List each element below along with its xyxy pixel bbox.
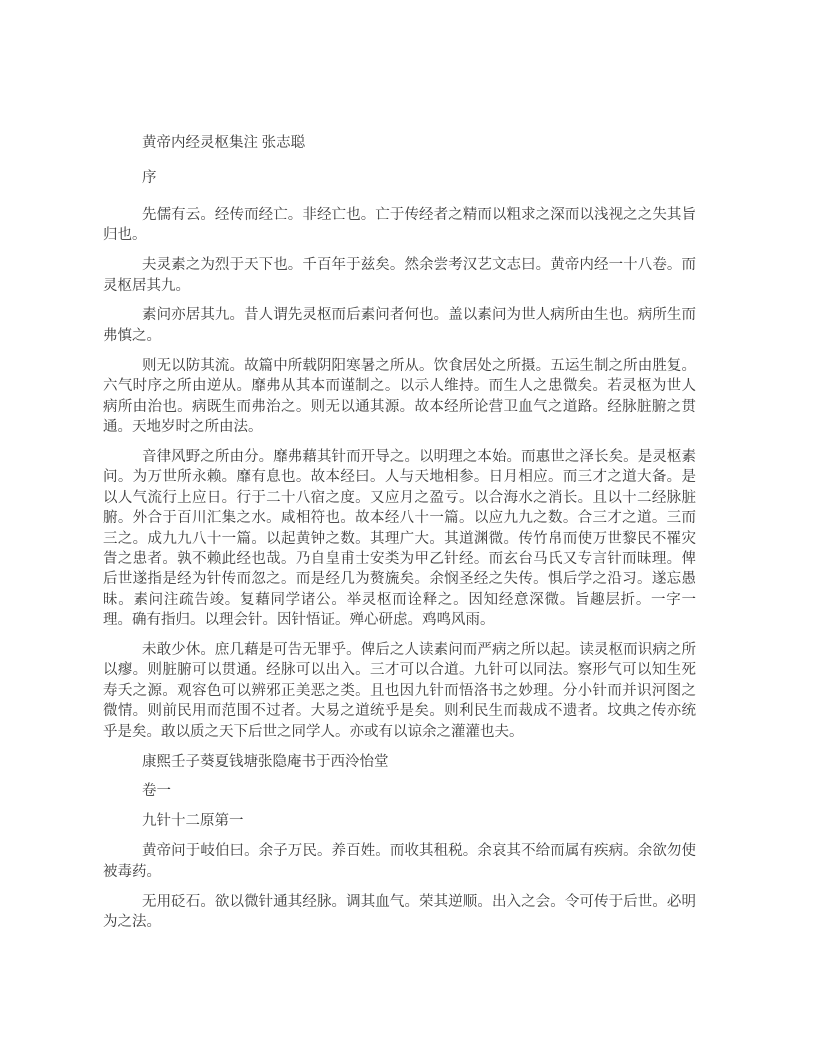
document-content: 黄帝内经灵枢集注 张志聪 序 先儒有云。经传而经亡。非经亡也。亡于传经者之精而以… (103, 133, 696, 942)
preface-paragraph: 则无以防其流。故篇中所载阴阳寒暑之所从。饮食居处之所摄。五运生制之所由胜复。六气… (103, 356, 696, 438)
chapter-paragraph: 黄帝问于岐伯曰。余子万民。养百姓。而收其租税。余哀其不给而属有疾病。余欲勿使被毒… (103, 841, 696, 882)
colophon-line: 康熙壬子葵夏钱塘张隐庵书于西泠怡堂 (103, 752, 696, 772)
preface-paragraph: 未敢少休。庶几藉是可告无罪乎。俾后之人读素问而严病之所以起。读灵枢而识病之所以瘳… (103, 640, 696, 742)
preface-paragraph: 夫灵素之为烈于天下也。千百年于兹矣。然余尝考汉艺文志曰。黄帝内经一十八卷。而灵枢… (103, 255, 696, 296)
chapter-paragraph: 无用砭石。欲以微针通其经脉。调其血气。荣其逆顺。出入之会。令可传于后世。必明为之… (103, 892, 696, 933)
preface-paragraph: 音律风野之所由分。靡弗藉其针而开导之。以明理之本始。而惠世之泽长矣。是灵枢素问。… (103, 447, 696, 631)
volume-heading: 卷一 (103, 781, 696, 801)
document-title: 黄帝内经灵枢集注 张志聪 (103, 133, 696, 153)
preface-heading: 序 (103, 168, 696, 188)
preface-paragraph: 先儒有云。经传而经亡。非经亡也。亡于传经者之精而以粗求之深而以浅视之之失其旨归也… (103, 205, 696, 246)
chapter-heading: 九针十二原第一 (103, 811, 696, 831)
preface-paragraph: 素问亦居其九。昔人谓先灵枢而后素问者何也。盖以素问为世人病所由生也。病所生而弗慎… (103, 305, 696, 346)
document-page: 黄帝内经灵枢集注 张志聪 序 先儒有云。经传而经亡。非经亡也。亡于传经者之精而以… (0, 0, 816, 1056)
